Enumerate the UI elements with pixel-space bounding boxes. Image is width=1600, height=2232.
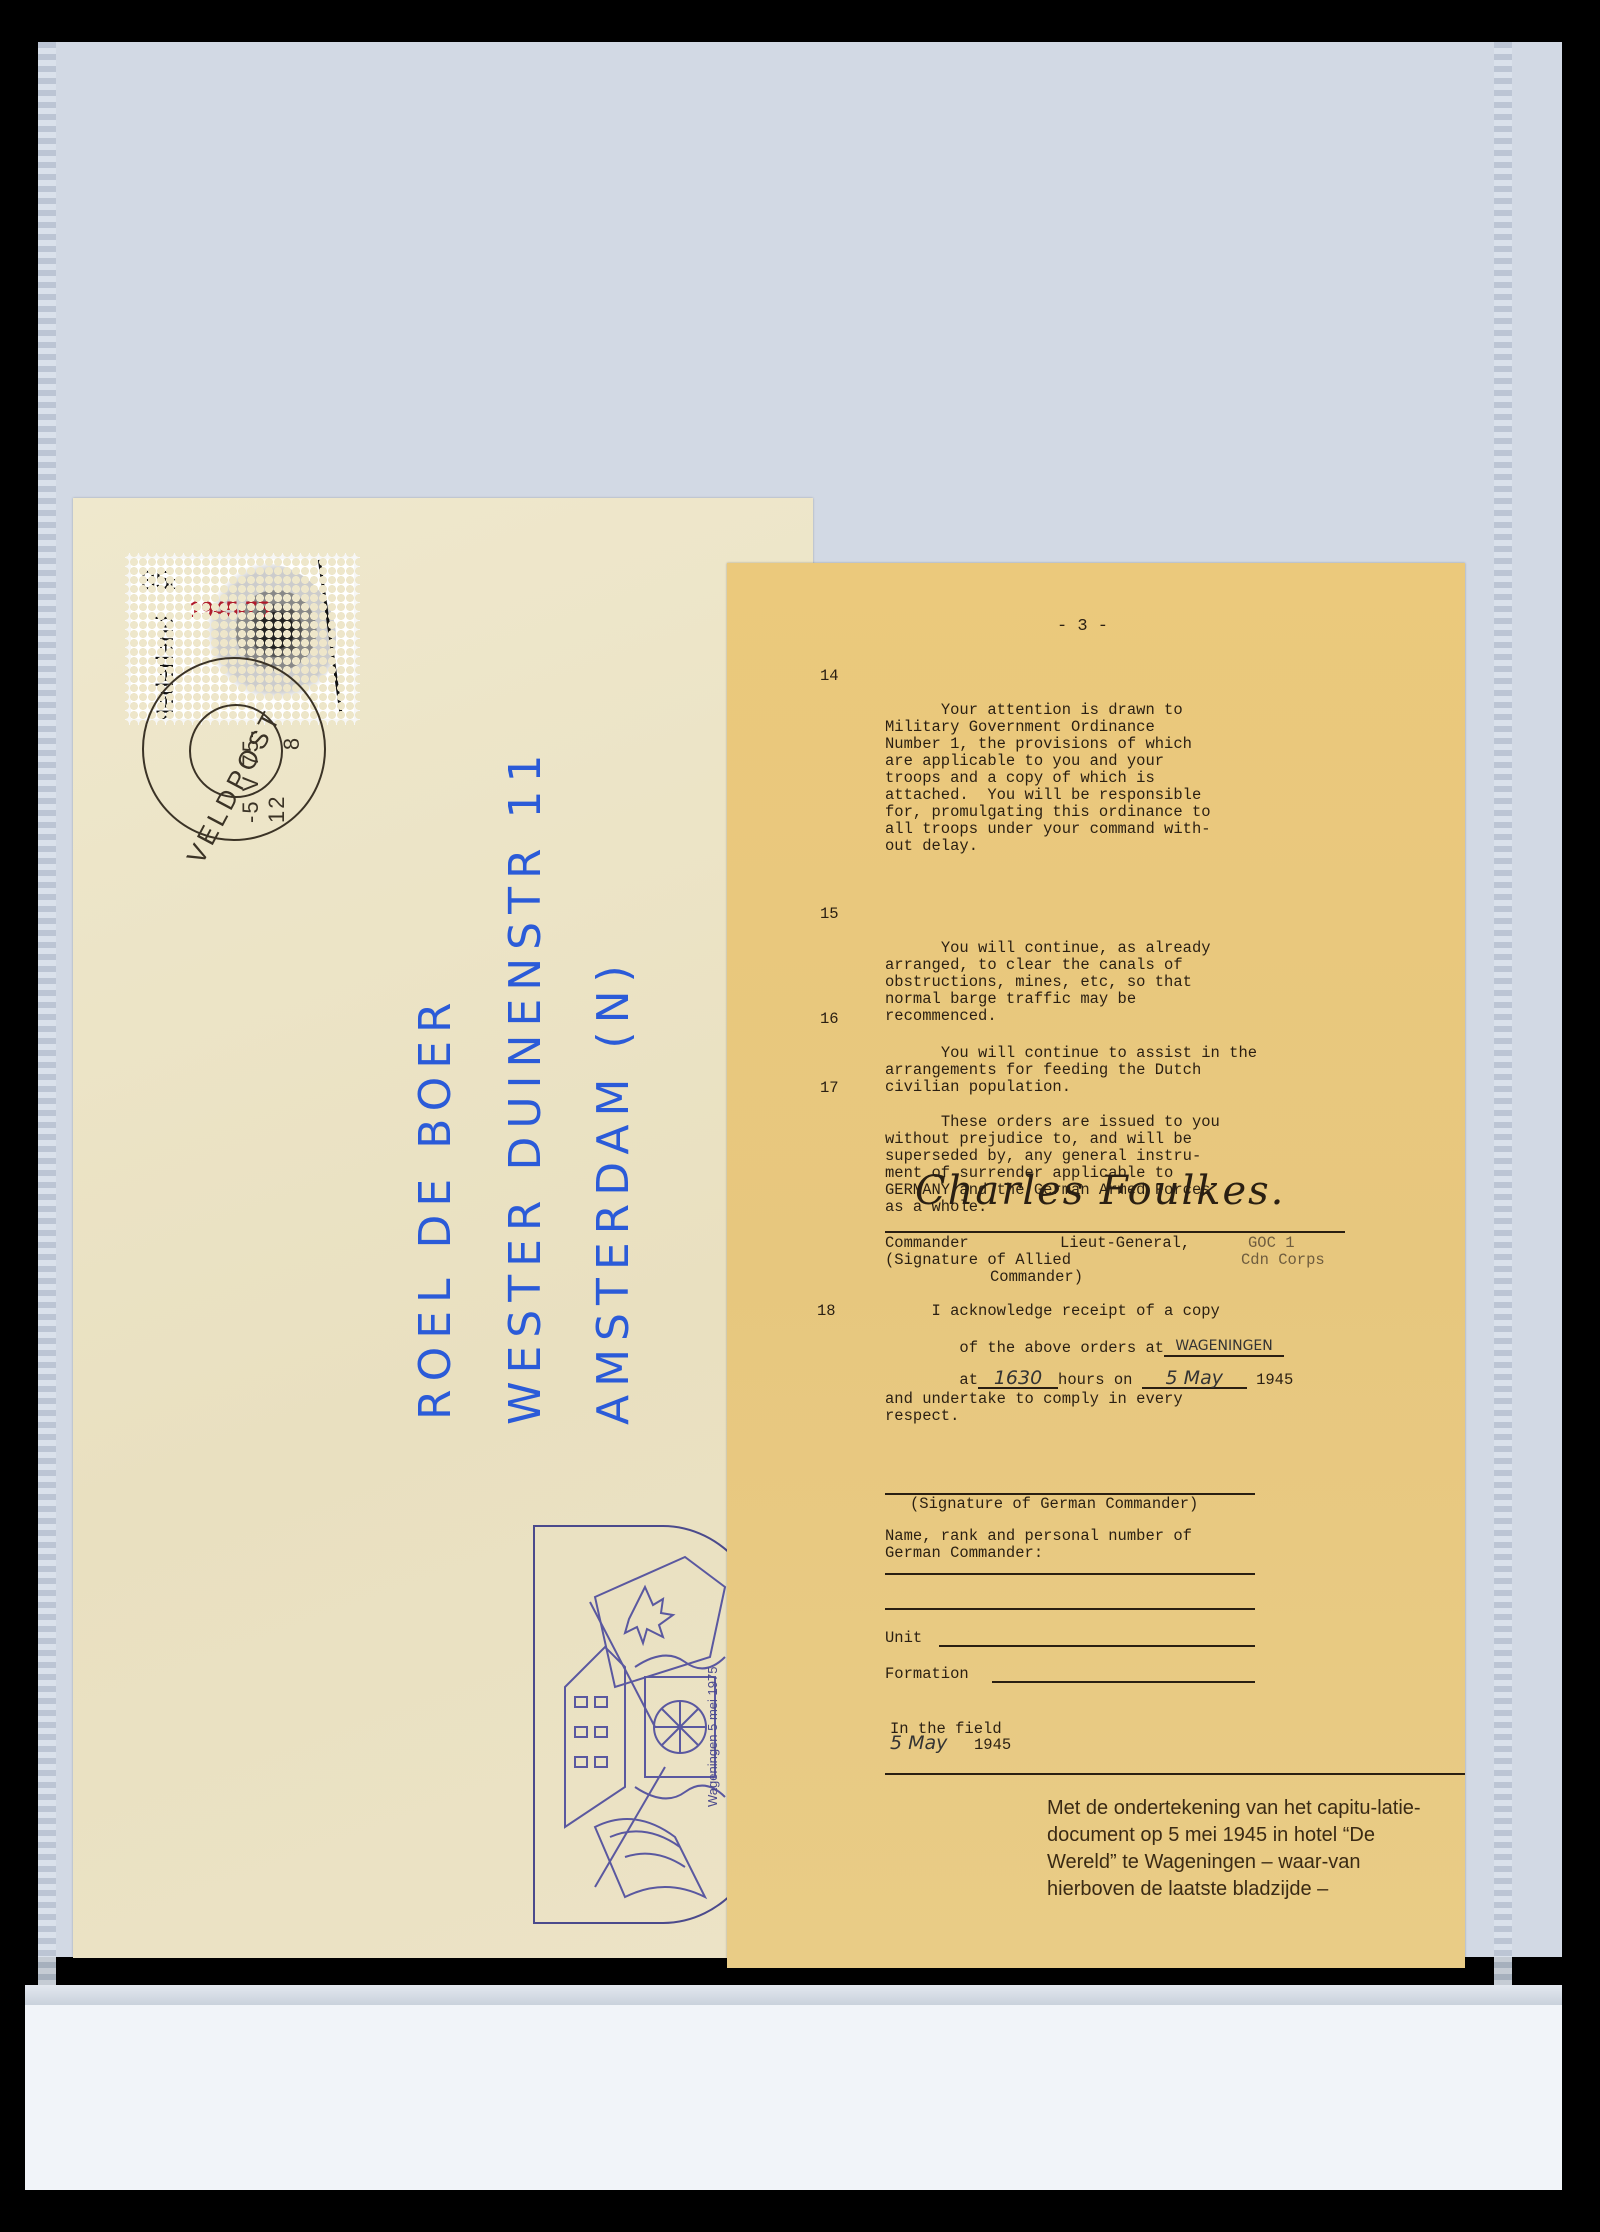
blank-line-1 — [885, 1573, 1255, 1575]
paragraph-14: 14 Your attention is drawn to Military G… — [885, 668, 1325, 872]
surrender-document: - 3 - 14 Your attention is drawn to Mili… — [727, 563, 1465, 1968]
unit-label: Unit — [885, 1630, 922, 1647]
blank-line-2 — [885, 1608, 1255, 1610]
sleeve-rib-right — [1494, 42, 1512, 2002]
sleeve-bottom-edge — [25, 1985, 1562, 2005]
sleeve-lower-area — [25, 2005, 1562, 2190]
address-line-1: ROEL DE BOER — [410, 994, 461, 1420]
formation-label: Formation — [885, 1666, 969, 1683]
dutch-caption: Met de ondertekening van het capitu-lati… — [1047, 1795, 1442, 1903]
divider — [885, 1773, 1465, 1775]
time-field: 1630 — [978, 1370, 1058, 1389]
field-date: 5 May — [890, 1735, 947, 1752]
german-details-label: Name, rank and personal number of German… — [885, 1528, 1192, 1562]
field-year: 1945 — [974, 1737, 1011, 1754]
postmark-office-number: 8 — [279, 734, 305, 750]
postmark-date: -5 V 75-12 — [238, 703, 290, 823]
page-number: - 3 - — [1057, 618, 1108, 635]
german-signature-block: (Signature of German Commander) Name, ra… — [885, 1493, 1255, 1495]
address-line-3: AMSTERDAM (N) — [588, 957, 639, 1425]
stamp-years: 1945-75 — [189, 597, 270, 623]
allied-signature-block: Charles Foulkes. Commander (Signature of… — [885, 1183, 1345, 1293]
unit-line — [939, 1645, 1255, 1647]
date-field: 5 May — [1142, 1370, 1247, 1389]
stamp-value: 35c — [141, 565, 179, 596]
cachet-text: Wageningen 5 mei 1975 — [705, 1667, 720, 1807]
postmark: VELDPOST -5 V 75-12 8 — [142, 657, 326, 841]
address-line-2: WESTER DUINENSTR 11 — [500, 746, 551, 1425]
sleeve-rib-left — [38, 42, 56, 2002]
formation-line — [992, 1681, 1255, 1683]
allied-signature: Charles Foulkes. — [915, 1183, 1285, 1200]
